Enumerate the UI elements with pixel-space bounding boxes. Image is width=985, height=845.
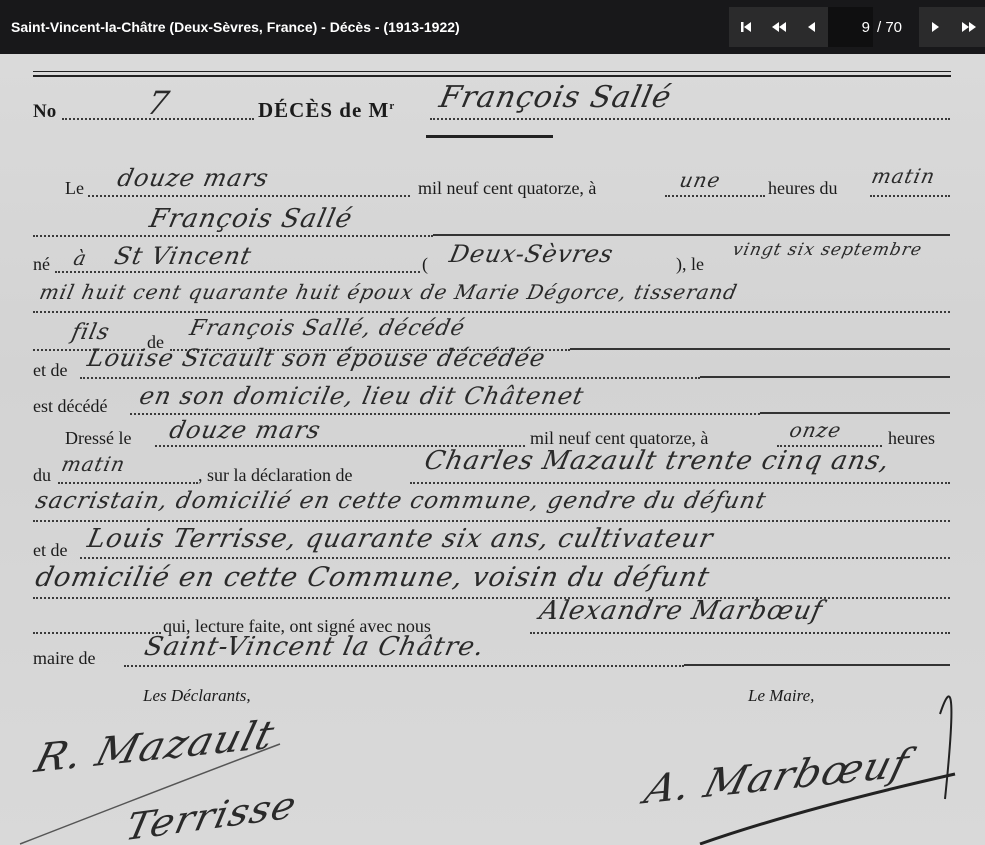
line-9-declarant: Charles Mazault trente cinq ans, (422, 446, 893, 476)
heading-text: DÉCÈS de M (258, 98, 389, 122)
document-image[interactable]: No 7 DÉCÈS de Mr François Sallé Le douze… (0, 54, 985, 845)
line-2-field (33, 235, 433, 237)
line-10-text: sacristain, domicilié en cette commune, … (33, 488, 769, 514)
line-4-field (33, 311, 950, 313)
line-3-ne: né (33, 254, 50, 275)
top-rule-2 (33, 75, 951, 77)
line-14-rule (684, 664, 950, 666)
rewind-button[interactable] (762, 7, 795, 47)
line-1-date-field (88, 195, 410, 197)
line-6-field (80, 377, 700, 379)
next-icon (932, 22, 939, 32)
line-9-period: matin (59, 452, 127, 476)
fast-forward-icon (962, 22, 976, 32)
line-14-field (124, 665, 684, 667)
line-9-declarant-field (410, 482, 950, 484)
line-6-mother: Louise Sicault son épouse décédée (85, 344, 548, 372)
page-total: / 70 (873, 7, 919, 47)
line-1-le: Le (65, 178, 84, 199)
line-5-fils: fils (69, 320, 112, 345)
previous-icon (808, 22, 815, 32)
line-1-period: matin (869, 164, 937, 188)
line-7-decede: est décédé (33, 396, 107, 417)
line-4-text: mil huit cent quarante huit époux de Mar… (37, 280, 740, 304)
line-5-father: François Sallé, décédé (187, 316, 467, 341)
line-9-declaration: , sur la déclaration de (198, 465, 352, 486)
line-1-year: mil neuf cent quatorze, à (418, 178, 596, 199)
first-page-icon (741, 22, 751, 32)
line-3-dept: Deux-Sèvres (447, 240, 616, 268)
line-9-period-field (58, 482, 198, 484)
viewer-toolbar: Saint-Vincent-la-Châtre (Deux-Sèvres, Fr… (0, 0, 985, 54)
line-2-name: François Sallé (147, 204, 356, 234)
top-rule (33, 71, 951, 72)
signature-maire: A. Marbœuf (640, 741, 914, 813)
name-field-line (430, 118, 950, 120)
line-7-field (130, 413, 760, 415)
number-label: No (33, 101, 56, 123)
page-number-box (828, 7, 873, 47)
record-number: 7 (144, 84, 173, 122)
forward-controls (919, 7, 985, 47)
line-3-place-field (55, 271, 420, 273)
line-13-maire-name: Alexandre Marbœuf (537, 596, 826, 626)
line-3-paren: ( (422, 254, 428, 275)
line-9-du: du (33, 465, 51, 486)
page-navigation: / 70 (729, 7, 985, 47)
line-11-etde: et de (33, 540, 67, 561)
line-10-field (33, 520, 950, 522)
line-8-date: douze mars (167, 416, 324, 444)
document-title: Saint-Vincent-la-Châtre (Deux-Sèvres, Fr… (11, 19, 460, 35)
line-8-dresse: Dressé le (65, 428, 131, 449)
deces-heading: DÉCÈS de Mr (258, 98, 395, 123)
signature-declarant-1: R. Mazault (30, 712, 279, 782)
line-14-mairede: maire de (33, 648, 95, 669)
declarants-label: Les Déclarants, (143, 686, 251, 706)
heading-underline (426, 135, 553, 138)
line-11-field (80, 557, 950, 559)
line-12-text: domicilié en cette Commune, voisin du dé… (33, 562, 713, 593)
line-1-heures: heures du (768, 178, 837, 199)
line-7-rule (760, 412, 950, 414)
line-11-declarant: Louis Terrisse, quarante six ans, cultiv… (85, 524, 716, 554)
line-7-place: en son domicile, lieu dit Châtenet (137, 382, 587, 410)
first-page-button[interactable] (729, 7, 762, 47)
maire-label: Le Maire, (748, 686, 814, 706)
line-8-hour: onze (787, 418, 843, 442)
line-3-le: ), le (676, 254, 704, 275)
heading-sup: r (389, 100, 395, 112)
line-1-date: douze mars (115, 164, 272, 192)
deceased-name: François Sallé (436, 80, 675, 115)
line-1-hour: une (677, 168, 723, 192)
fast-forward-button[interactable] (952, 7, 985, 47)
line-6-etde: et de (33, 360, 67, 381)
rewind-icon (772, 22, 786, 32)
back-controls (729, 7, 828, 47)
next-page-button[interactable] (919, 7, 952, 47)
page-number-input[interactable] (840, 19, 870, 36)
line-1-hour-field (665, 195, 765, 197)
line-6-rule (700, 376, 950, 378)
line-13-field (530, 632, 950, 634)
line-3-birthdate: vingt six septembre (731, 240, 924, 260)
line-13-lead-field (33, 632, 161, 634)
line-1-period-field (870, 195, 950, 197)
line-3-a: à (71, 246, 89, 270)
line-2-rule (433, 234, 950, 236)
signature-declarant-2: Terrisse (122, 783, 301, 845)
line-8-heures: heures (888, 428, 935, 449)
previous-page-button[interactable] (795, 7, 828, 47)
line-3-place: St Vincent (112, 242, 254, 270)
line-14-commune: Saint-Vincent la Châtre. (142, 632, 488, 662)
line-5-rule (570, 348, 950, 350)
